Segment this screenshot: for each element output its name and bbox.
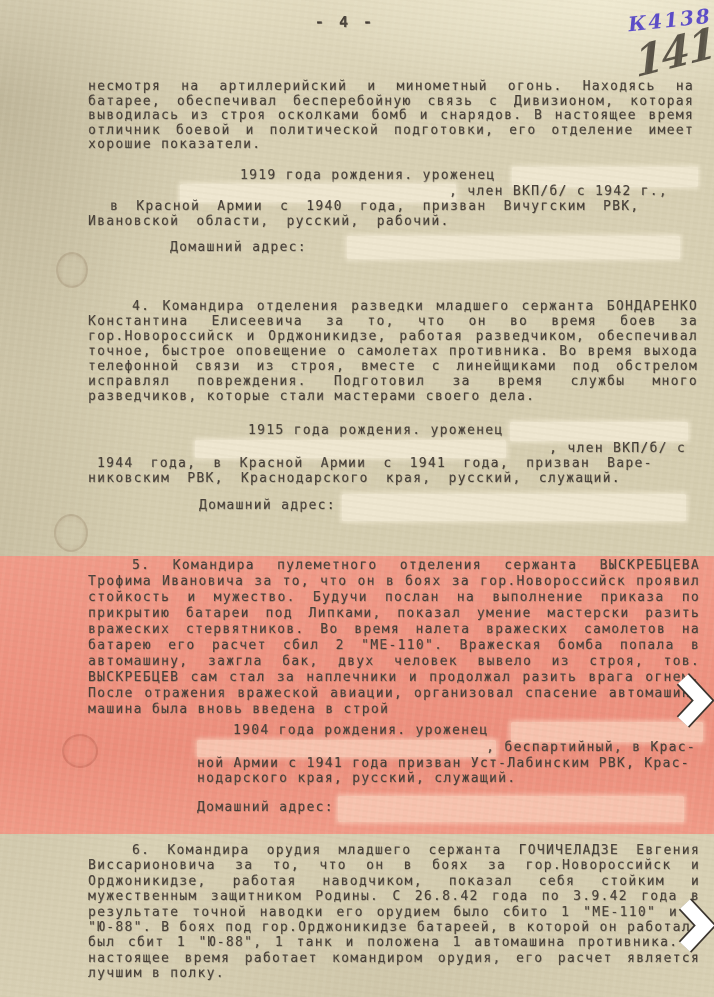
bio-1915-party-line: , член ВКП/б/ с <box>549 441 686 456</box>
bio-1904-origin-line: нодарского края, русский, служащий. <box>197 771 516 786</box>
paragraph-4-bondarenko: 4. Командира отделения разведки младшего… <box>88 299 698 404</box>
bio-1904-service-line: ной Армии с 1941 года призван Уст-Лабинс… <box>197 756 690 771</box>
home-address-label: Домашний адрес: <box>199 498 336 513</box>
paragraph-5-vyskrebtsev: 5. Командира пулеметного отделения сержа… <box>88 558 700 718</box>
bio-1919-origin-line: Ивановской области, русский, рабочий. <box>88 214 450 229</box>
bio-1919-service-line: в Красной Армии с 1940 года, призван Вич… <box>110 199 639 214</box>
embossed-seal-mark <box>62 734 98 768</box>
document-scan-page: - 4 - К4138 141 несмотря на артиллерийск… <box>0 0 714 997</box>
paragraph-continuation: несмотря на артиллерийский и минометный … <box>88 80 694 153</box>
paragraph-6-gochicheladze: 6. Командира орудия младшего сержанта ГО… <box>88 843 700 982</box>
embossed-seal-mark <box>54 514 88 552</box>
redaction-box <box>347 236 680 259</box>
redaction-box <box>342 494 686 521</box>
bio-1915-service-line: 1944 года, в Красной Армии с 1941 года, … <box>97 456 653 471</box>
redaction-box <box>510 422 688 441</box>
bio-1915-birth-line: 1915 года рождения. уроженец <box>248 423 504 438</box>
embossed-seal-mark <box>56 252 88 288</box>
next-match-chevron-icon[interactable] <box>678 897 714 955</box>
bio-1919-party-line: , член ВКП/б/ с 1942 г., <box>449 184 668 199</box>
redaction-box <box>197 740 496 757</box>
bio-1904-birth-line: 1904 года рождения. уроженец <box>233 723 489 738</box>
redaction-box <box>511 722 703 742</box>
redaction-box <box>338 796 684 822</box>
home-address-label: Домашний адрес: <box>170 240 307 255</box>
bio-1904-party-line: , беспартийный, в Крас- <box>486 740 696 755</box>
page-number: - 4 - <box>0 13 690 31</box>
next-match-chevron-icon[interactable] <box>676 672 714 730</box>
bio-1915-origin-line: никовским РВК, Краснодарского края, русс… <box>88 471 621 486</box>
bio-1919-birth-line: 1919 года рождения. уроженец <box>240 168 496 183</box>
home-address-label: Домашний адрес: <box>197 800 334 815</box>
